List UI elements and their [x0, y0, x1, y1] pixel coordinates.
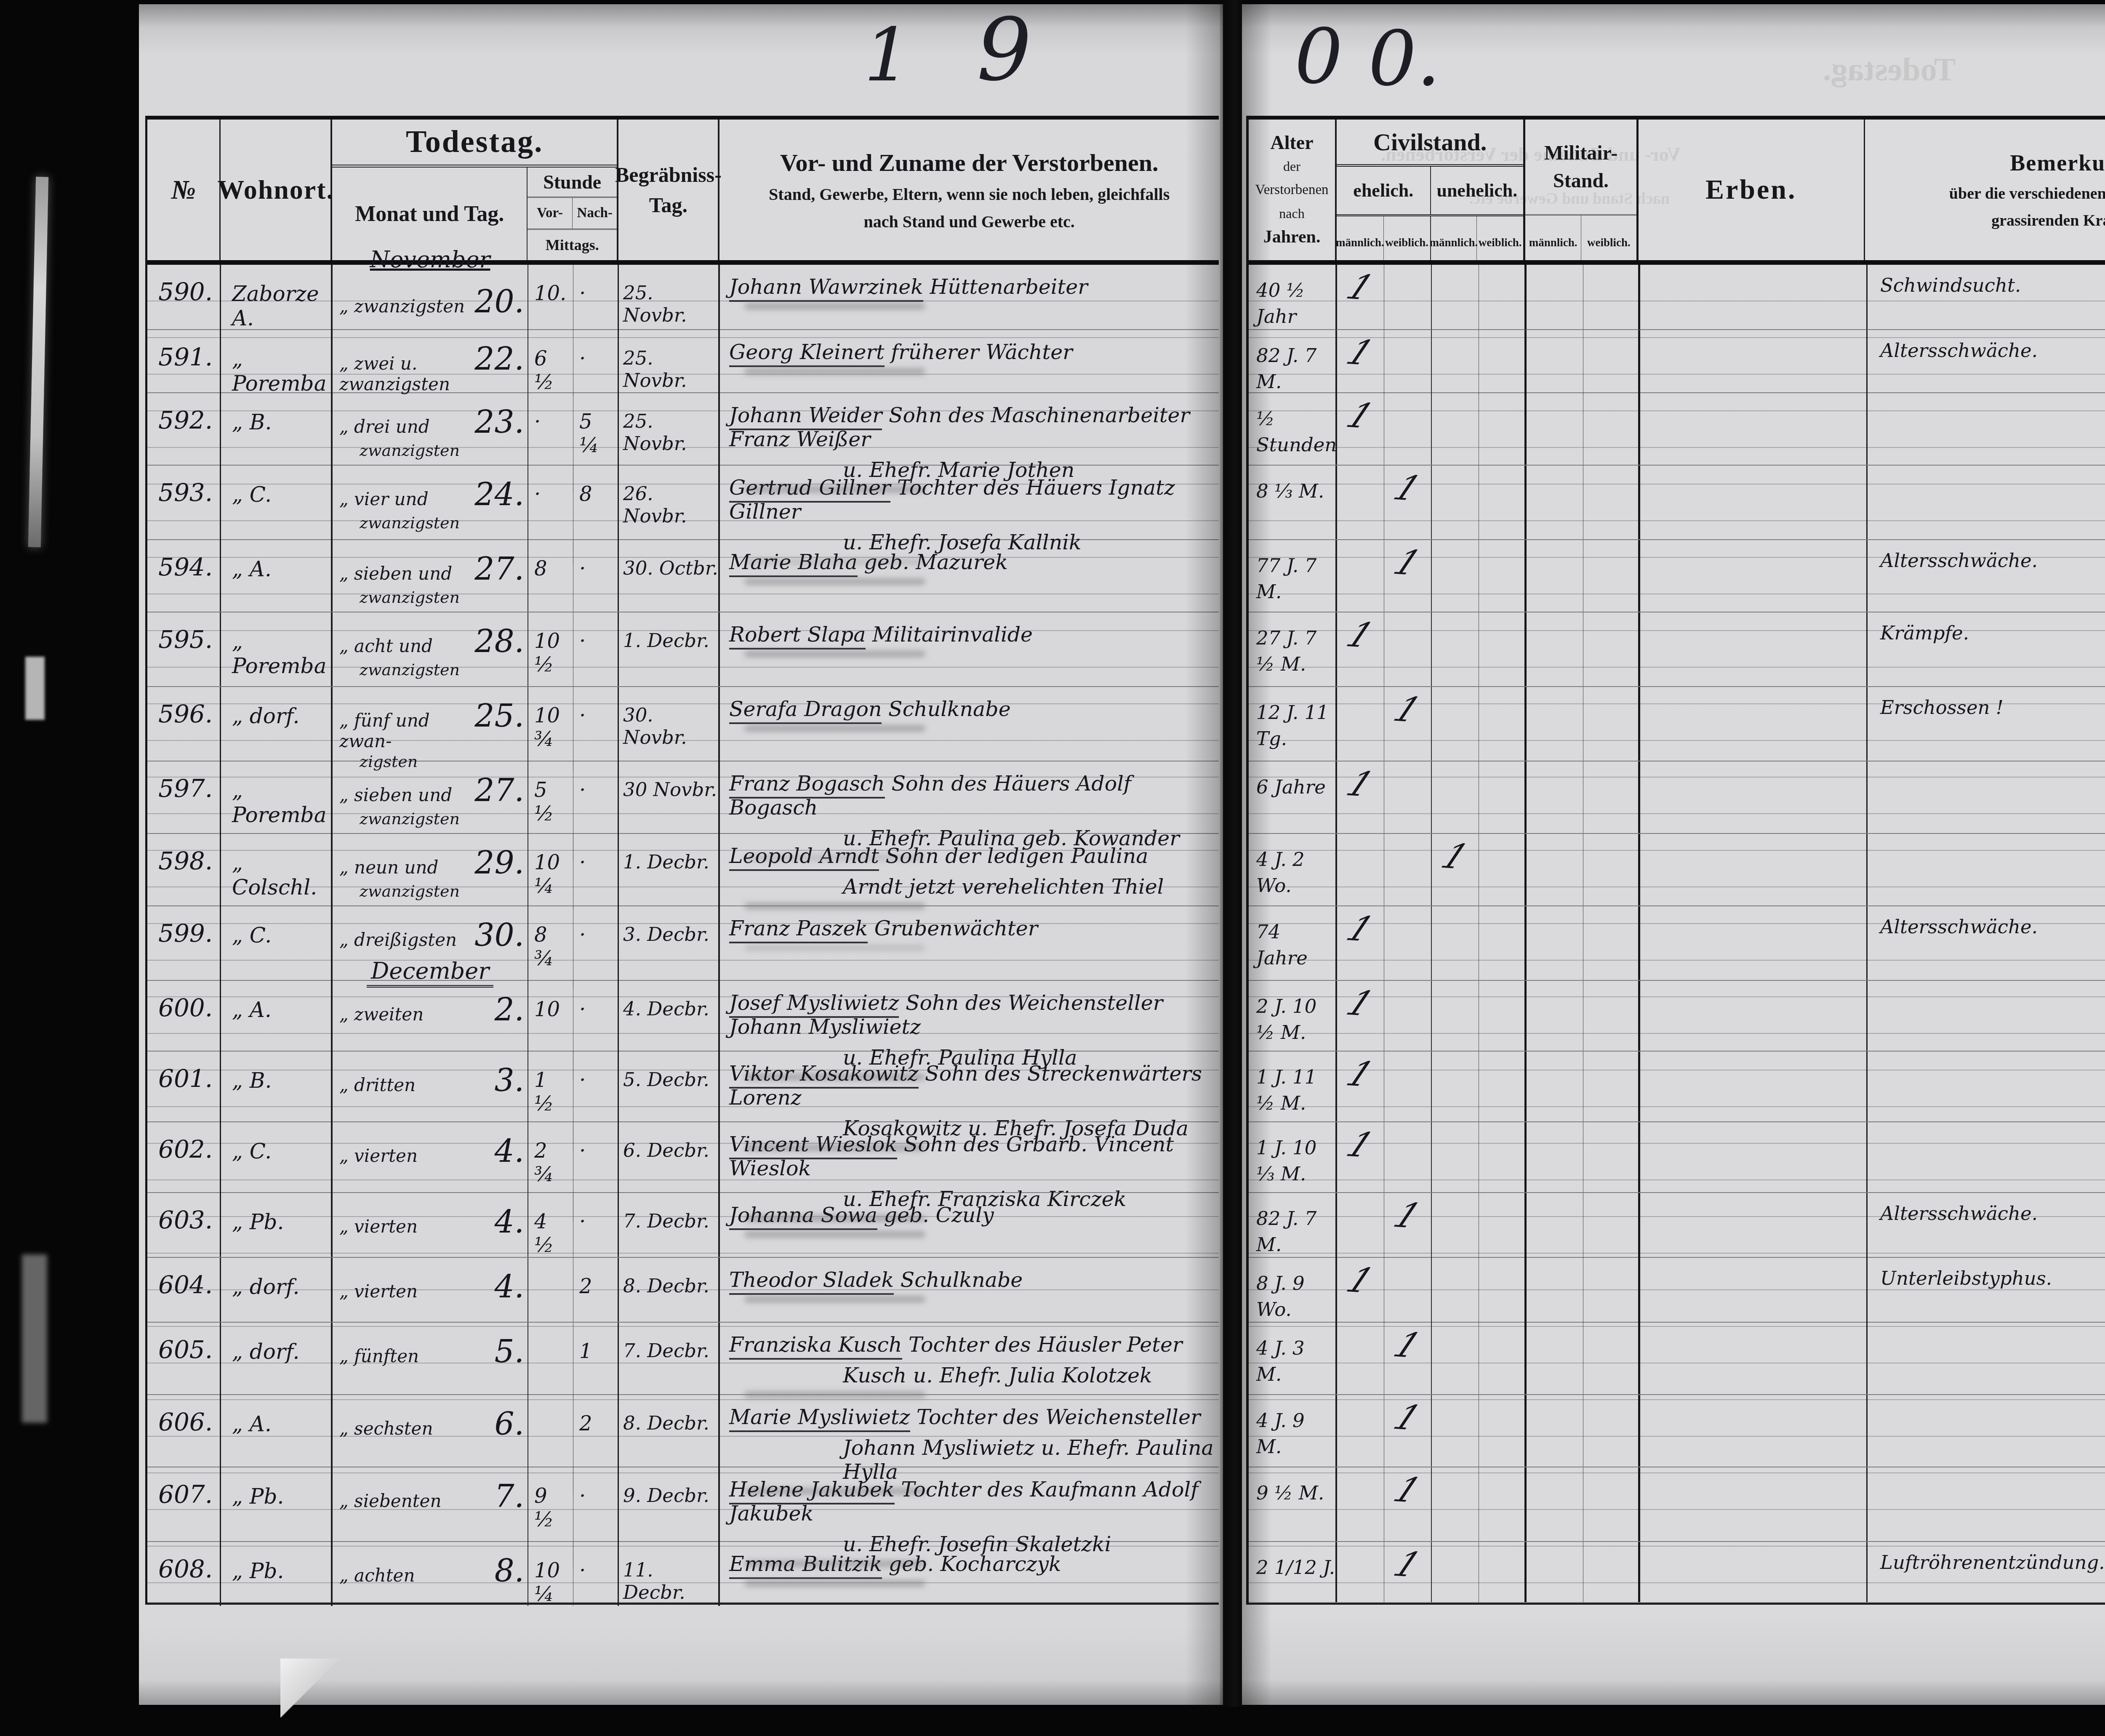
cell-bemerkung: [1868, 761, 2105, 833]
cell-unehelich-weiblich: [1479, 834, 1527, 905]
cell-unehelich-maennlich: [1432, 1395, 1479, 1467]
civilstand-tick: [1477, 1542, 1495, 1550]
cell-alter: 27 J. 7 ½ M.: [1249, 612, 1337, 686]
cell-unehelich-maennlich: [1432, 1467, 1479, 1541]
cell-ehelich-weiblich: 1: [1384, 1323, 1432, 1394]
cell-begraebniss-tag: 25. Novbr.: [619, 265, 720, 330]
cell-monat-tag: „ fünften5.: [333, 1323, 528, 1398]
cell-militair-maennlich: [1527, 1258, 1583, 1323]
pencil-smudge: [744, 945, 925, 951]
militair-tick: [1582, 761, 1599, 769]
civilstand-tick: [1383, 1122, 1400, 1130]
cell-ehelich-weiblich: [1384, 612, 1432, 686]
cell-erben: [1640, 1193, 1868, 1258]
militair-tick: [1582, 1395, 1599, 1403]
deceased-name: Gertrud Gillner: [729, 476, 890, 503]
cell-alter: 4 J. 3 M.: [1249, 1323, 1337, 1394]
register-row-right: 9 ½ M. 1: [1249, 1467, 2105, 1542]
militair-tick: [1525, 1542, 1542, 1550]
cell-monat-tag: „ vierten4.: [333, 1193, 528, 1257]
column-header-stunde: Stunde Vor-Nach- Mittags.: [528, 168, 617, 260]
cell-alter: 82 J. 7 M.: [1249, 1193, 1337, 1258]
cell-name-stand: Marie Blaha geb. Mazurek: [720, 540, 1221, 612]
civilstand-tick: [1477, 1051, 1495, 1060]
cell-begraebniss-tag: 1. Decbr.: [619, 612, 720, 686]
cell-militair-weiblich: [1583, 1052, 1640, 1121]
civilstand-tick: [1477, 1122, 1495, 1130]
cell-unehelich-weiblich: [1479, 1467, 1527, 1541]
cell-begraebniss-tag: 7. Decbr.: [619, 1323, 720, 1398]
cell-unehelich-maennlich: [1432, 330, 1479, 395]
cell-unehelich-maennlich: [1432, 612, 1479, 686]
cell-begraebniss-tag: 25. Novbr.: [619, 330, 720, 396]
cell-bemerkung: Altersschwäche.: [1868, 906, 2105, 980]
cell-alter: 2 J. 10 ½ M.: [1249, 981, 1337, 1051]
militair-tick: [1582, 1257, 1599, 1266]
cell-row-number: 599.: [147, 906, 221, 988]
civilstand-tick: 1: [1329, 329, 1381, 368]
cell-militair-weiblich: [1583, 1467, 1640, 1541]
militair-tick: [1525, 833, 1542, 842]
civilstand-tick: 1: [1376, 1394, 1428, 1433]
cell-militair-weiblich: [1583, 1542, 1640, 1602]
pencil-smudge: [744, 651, 925, 657]
militair-tick: [1582, 906, 1599, 914]
pencil-smudge: [744, 725, 925, 732]
cell-stunde-vormittags: 6 ½: [528, 330, 573, 396]
bleedthrough-ghost-text: Todestag.: [1823, 51, 1956, 88]
deceased-name: Viktor Kosakowitz: [729, 1062, 919, 1089]
militair-tick: [1582, 393, 1599, 401]
cell-militair-maennlich: [1527, 761, 1583, 833]
civilstand-tick: [1383, 264, 1400, 273]
deceased-name: Johann Weider: [729, 403, 882, 430]
death-day-number: 8.: [494, 1553, 526, 1589]
deceased-name: Franziska Kusch: [729, 1333, 902, 1360]
table-header-right: Alter der Verstorbenen nach Jahren. Civi…: [1249, 120, 2105, 265]
civilstand-tick: [1477, 1322, 1495, 1331]
death-day-number: 6.: [494, 1406, 526, 1442]
cell-militair-maennlich: [1527, 834, 1583, 905]
register-table-right: Alter der Verstorbenen nach Jahren. Civi…: [1246, 116, 2105, 1605]
column-header-maennlich: männlich.: [1525, 216, 1581, 260]
civilstand-tick: [1477, 1467, 1495, 1475]
cell-ehelich-maennlich: [1337, 1467, 1384, 1541]
cell-unehelich-weiblich: [1479, 265, 1527, 330]
cell-unehelich-weiblich: [1479, 1052, 1527, 1121]
cell-ehelich-weiblich: [1384, 265, 1432, 330]
militair-tick: [1525, 1467, 1542, 1475]
column-header-erben: Erben.: [1639, 120, 1865, 260]
cell-name-stand: Georg Kleinert früherer Wächter: [720, 330, 1221, 396]
cell-militair-weiblich: [1583, 540, 1640, 612]
militair-tick: [1525, 1322, 1542, 1331]
register-row-right: 4 J. 2 Wo. 1: [1249, 834, 2105, 906]
civilstand-tick: [1335, 687, 1353, 695]
cell-row-number: 604.: [147, 1258, 221, 1322]
civilstand-tick: [1477, 1257, 1495, 1266]
cell-alter: 1 J. 11 ½ M.: [1249, 1052, 1337, 1121]
cell-row-number: 591.: [147, 330, 221, 396]
cell-militair-maennlich: [1527, 1193, 1583, 1258]
militair-tick: [1525, 465, 1542, 474]
civilstand-tick: 1: [1376, 464, 1428, 504]
cell-militair-weiblich: [1583, 981, 1640, 1051]
cell-ehelich-maennlich: 1: [1337, 330, 1384, 395]
cell-militair-maennlich: [1527, 1542, 1583, 1602]
table-header-left: № Wohnort. Todestag. Monat und Tag. Stun…: [147, 120, 1219, 265]
cell-militair-maennlich: [1527, 1052, 1583, 1121]
cell-militair-weiblich: [1583, 466, 1640, 539]
cell-alter: 77 J. 7 M.: [1249, 540, 1337, 612]
cell-unehelich-weiblich: [1479, 1258, 1527, 1323]
cell-ehelich-maennlich: 1: [1337, 981, 1384, 1051]
civilstand-tick: [1477, 1193, 1495, 1201]
militair-tick: [1582, 264, 1599, 273]
cell-stunde-vormittags: 10.: [528, 265, 573, 330]
cell-name-stand: Emma Bulitzik geb. Kocharczyk: [720, 1542, 1221, 1606]
civilstand-tick: [1335, 833, 1353, 842]
register-row-right: 12 J. 11 Tg. 1 Erschossen !: [1249, 687, 2105, 761]
cell-unehelich-maennlich: [1432, 1323, 1479, 1394]
register-row-left: 596. „ dorf. „ fünf und zwan-25. zigsten…: [147, 687, 1219, 761]
cell-erben: [1640, 1323, 1868, 1394]
civilstand-tick: [1430, 1542, 1447, 1550]
pencil-smudge: [744, 303, 925, 309]
cell-stunde-vormittags: 8 ¾: [528, 906, 573, 988]
column-header-maennlich: männlich.: [1337, 216, 1383, 260]
cell-ehelich-weiblich: 1: [1384, 466, 1432, 539]
civilstand-tick: [1335, 540, 1353, 548]
cell-ehelich-maennlich: 1: [1337, 612, 1384, 686]
cell-unehelich-maennlich: [1432, 1258, 1479, 1323]
cell-unehelich-maennlich: [1432, 906, 1479, 980]
cell-unehelich-weiblich: [1479, 1542, 1527, 1602]
cell-stunde-vormittags: 4 ½: [528, 1193, 573, 1257]
cell-unehelich-weiblich: [1479, 393, 1527, 465]
cell-unehelich-weiblich: [1479, 1122, 1527, 1192]
cell-unehelich-maennlich: 1: [1432, 834, 1479, 905]
deceased-name: Robert Slapa: [729, 623, 866, 650]
civilstand-tick: [1430, 264, 1447, 273]
cell-unehelich-maennlich: [1432, 1052, 1479, 1121]
death-day-number: 23.: [474, 404, 526, 440]
death-day-number: 2.: [494, 992, 526, 1028]
cell-militair-maennlich: [1527, 330, 1583, 395]
cell-militair-maennlich: [1527, 540, 1583, 612]
cell-unehelich-maennlich: [1432, 1542, 1479, 1602]
cell-ehelich-weiblich: [1384, 981, 1432, 1051]
column-header-wohnort: Wohnort.: [221, 120, 332, 260]
cell-bemerkung: [1868, 466, 2105, 539]
civilstand-tick: [1335, 1322, 1353, 1331]
civilstand-tick: 1: [1376, 1192, 1428, 1231]
register-row-left: 601. „ B. „ dritten3. 1 ½ · 5. Decbr. Vi…: [147, 1052, 1219, 1122]
cell-wohnort: „ Poremba: [221, 612, 333, 686]
cell-stunde-vormittags: 10 ¼: [528, 1542, 573, 1606]
column-header-vormittags: Vor-: [528, 198, 572, 229]
register-row-right: 8 J. 9 Wo. 1 Unterleibstyphus.: [1249, 1258, 2105, 1323]
cell-begraebniss-tag: 7. Decbr.: [619, 1193, 720, 1257]
cell-name-stand: Johann Wawrzinek Hüttenarbeiter: [720, 265, 1221, 330]
civilstand-tick: [1430, 465, 1447, 474]
register-row-left: 594. „ A. „ sieben und27. zwanzigsten 8 …: [147, 540, 1219, 612]
civilstand-tick: [1430, 1193, 1447, 1201]
month-header-script: November: [333, 246, 528, 273]
cell-stunde-nachmittags: ·: [573, 540, 619, 612]
column-header-weiblich: weiblich.: [1383, 216, 1430, 260]
militair-tick: [1525, 1193, 1542, 1201]
register-row-right: 4 J. 9 M. 1: [1249, 1395, 2105, 1467]
register-row-right: 2 1/12 J. 1 Luftröhrenentzündung.: [1249, 1542, 2105, 1603]
cell-militair-weiblich: [1583, 393, 1640, 465]
civilstand-tick: 1: [1376, 1466, 1428, 1506]
death-day-number: 4.: [494, 1269, 526, 1305]
cell-militair-maennlich: [1527, 265, 1583, 330]
cell-ehelich-maennlich: 1: [1337, 906, 1384, 980]
register-row-right: 6 Jahre 1: [1249, 761, 2105, 834]
civilstand-tick: 1: [1329, 1121, 1381, 1161]
civilstand-tick: 1: [1376, 686, 1428, 725]
cell-bemerkung: [1868, 1122, 2105, 1192]
civilstand-tick: [1430, 612, 1447, 620]
cell-monat-tag: „ sieben und27. zwanzigsten: [333, 540, 528, 612]
column-header-alter: Alter der Verstorbenen nach Jahren.: [1249, 120, 1337, 260]
cell-row-number: 595.: [147, 612, 221, 686]
register-left-page: № Wohnort. Todestag. Monat und Tag. Stun…: [139, 4, 1223, 1705]
civilstand-tick: [1477, 906, 1495, 914]
cell-militair-weiblich: [1583, 834, 1640, 905]
death-day-number: 5.: [494, 1334, 526, 1370]
deceased-name: Franz Paszek: [729, 916, 868, 943]
militair-tick: [1525, 1122, 1542, 1130]
militair-tick: [1525, 393, 1542, 401]
cell-militair-weiblich: [1583, 687, 1640, 761]
register-row-right: 77 J. 7 M. 1 Altersschwäche.: [1249, 540, 2105, 612]
cell-unehelich-maennlich: [1432, 265, 1479, 330]
cell-militair-weiblich: [1583, 1323, 1640, 1394]
deceased-name: Theodor Sladek: [729, 1268, 894, 1295]
cell-militair-weiblich: [1583, 265, 1640, 330]
cell-erben: [1640, 330, 1868, 395]
cell-stunde-nachmittags: ·: [573, 687, 619, 771]
deceased-name: Leopold Arndt: [729, 844, 879, 871]
cell-militair-weiblich: [1583, 612, 1640, 686]
cell-erben: [1640, 612, 1868, 686]
register-row-left: 593. „ C. „ vier und24. zwanzigsten · 8 …: [147, 466, 1219, 540]
column-header-bemerkungen: Bemerkungen über die verschiedenen Todes…: [1865, 120, 2105, 260]
civilstand-tick: [1335, 1467, 1353, 1475]
militair-tick: [1582, 833, 1599, 842]
year-digit: 9: [977, 0, 1031, 100]
cell-bemerkung: Erschossen !: [1868, 687, 2105, 761]
cell-bemerkung: [1868, 1395, 2105, 1467]
cell-ehelich-maennlich: 1: [1337, 265, 1384, 330]
cell-wohnort: „ A.: [221, 540, 333, 612]
cell-monat-tag: November „ zwanzigsten20.: [333, 265, 528, 330]
register-row-right: 82 J. 7 M. 1 Altersschwäche.: [1249, 1193, 2105, 1258]
cell-wohnort: „ Pb.: [221, 1542, 333, 1606]
cell-alter: 82 J. 7 M.: [1249, 330, 1337, 395]
cell-begraebniss-tag: 11. Decbr.: [619, 1542, 720, 1606]
cell-stunde-nachmittags: ·: [573, 1542, 619, 1606]
cell-monat-tag: „ vierten4.: [333, 1258, 528, 1322]
militair-tick: [1582, 1322, 1599, 1331]
cell-ehelich-weiblich: 1: [1384, 1542, 1432, 1602]
cell-ehelich-maennlich: [1337, 687, 1384, 761]
militair-tick: [1525, 612, 1542, 620]
civilstand-tick: [1430, 761, 1447, 769]
column-header-nachmittags: Nach-: [572, 198, 617, 229]
cell-stunde-nachmittags: 2: [573, 1258, 619, 1322]
cell-bemerkung: [1868, 1052, 2105, 1121]
civilstand-tick: [1383, 393, 1400, 401]
cell-unehelich-weiblich: [1479, 761, 1527, 833]
deceased-name: Josef Mysliwietz: [729, 991, 899, 1018]
cell-ehelich-maennlich: 1: [1337, 1258, 1384, 1323]
death-day-number: 7.: [494, 1478, 526, 1515]
civilstand-tick: 1: [1329, 611, 1381, 651]
civilstand-tick: [1383, 833, 1400, 842]
civilstand-tick: 1: [1329, 264, 1381, 303]
civilstand-tick: 1: [1376, 1541, 1428, 1580]
cell-name-stand: Franziska Kusch Tochter des Häusler Pete…: [720, 1323, 1221, 1398]
militair-tick: [1525, 980, 1542, 989]
civilstand-tick: [1383, 980, 1400, 989]
cell-monat-tag: „ fünf und zwan-25. zigsten: [333, 687, 528, 771]
cell-bemerkung: Altersschwäche.: [1868, 330, 2105, 395]
cell-ehelich-weiblich: 1: [1384, 1193, 1432, 1258]
cell-ehelich-weiblich: [1384, 761, 1432, 833]
cell-erben: [1640, 687, 1868, 761]
cell-ehelich-maennlich: [1337, 834, 1384, 905]
cell-wohnort: „ Colschl.: [221, 834, 333, 909]
cell-monat-tag: „ acht und28. zwanzigsten: [333, 612, 528, 686]
militair-tick: [1582, 1051, 1599, 1060]
register-row-right: 82 J. 7 M. 1 Altersschwäche.: [1249, 330, 2105, 393]
civilstand-tick: [1383, 906, 1400, 914]
deceased-name: Vincent Wieslok: [729, 1132, 897, 1159]
cell-unehelich-weiblich: [1479, 1395, 1527, 1467]
cell-bemerkung: [1868, 834, 2105, 905]
register-row-right: 1 J. 10 ⅓ M. 1: [1249, 1122, 2105, 1193]
cell-militair-weiblich: [1583, 1395, 1640, 1467]
cell-begraebniss-tag: 30. Novbr.: [619, 687, 720, 771]
column-header-militairstand: Militair-Stand. männlich. weiblich.: [1525, 120, 1639, 260]
cell-erben: [1640, 834, 1868, 905]
cell-unehelich-weiblich: [1479, 1193, 1527, 1258]
cell-militair-weiblich: [1583, 906, 1640, 980]
civilstand-tick: [1383, 1051, 1400, 1060]
cell-ehelich-maennlich: 1: [1337, 1052, 1384, 1121]
register-row-left: 602. „ C. „ vierten4. 2 ¾ · 6. Decbr. Vi…: [147, 1122, 1219, 1193]
civilstand-tick: [1430, 540, 1447, 548]
civilstand-tick: [1383, 330, 1400, 338]
death-day-number: 27.: [474, 772, 526, 809]
cell-erben: [1640, 466, 1868, 539]
death-day-number: 27.: [474, 551, 526, 587]
militair-tick: [1525, 761, 1542, 769]
deceased-name: Helene Jakubek: [729, 1478, 895, 1504]
register-row-right: 40 ½ Jahr 1 Schwindsucht.: [1249, 265, 2105, 330]
cell-militair-weiblich: [1583, 330, 1640, 395]
cell-ehelich-maennlich: [1337, 466, 1384, 539]
civilstand-tick: [1383, 1257, 1400, 1266]
cell-unehelich-maennlich: [1432, 981, 1479, 1051]
column-header-maennlich: männlich.: [1430, 216, 1477, 260]
cell-alter: 12 J. 11 Tg.: [1249, 687, 1337, 761]
cell-militair-maennlich: [1527, 1467, 1583, 1541]
page-edge-mark: [25, 657, 45, 720]
cell-erben: [1640, 1052, 1868, 1121]
civilstand-tick: [1430, 1051, 1447, 1060]
militair-tick: [1525, 264, 1542, 273]
register-row-left: 598. „ Colschl. „ neun und29. zwanzigste…: [147, 834, 1219, 906]
civilstand-tick: [1335, 465, 1353, 474]
cell-row-number: 590.: [147, 265, 221, 330]
cell-begraebniss-tag: 8. Decbr.: [619, 1258, 720, 1322]
cell-militair-weiblich: [1583, 761, 1640, 833]
cell-name-stand: Robert Slapa Militairinvalide: [720, 612, 1221, 686]
cell-stunde-vormittags: 10 ½: [528, 612, 573, 686]
cell-ehelich-weiblich: [1384, 330, 1432, 395]
register-row-left: 591. „ Poremba „ zwei u. zwanzigsten22. …: [147, 330, 1219, 393]
cell-wohnort: „ dorf.: [221, 1258, 333, 1322]
cell-bemerkung: [1868, 1467, 2105, 1541]
column-header-todestag: Todestag. Monat und Tag. Stunde Vor-Nach…: [332, 120, 618, 260]
register-row-right: 1 J. 11 ½ M. 1: [1249, 1052, 2105, 1122]
column-header-unehelich: unehelich.: [1430, 167, 1524, 214]
cell-ehelich-weiblich: [1384, 393, 1432, 465]
cell-ehelich-maennlich: 1: [1337, 761, 1384, 833]
cell-row-number: 598.: [147, 834, 221, 909]
register-table-left: № Wohnort. Todestag. Monat und Tag. Stun…: [145, 116, 1219, 1605]
register-right-page: Todestag. Vor- und Zuname der Verstorben…: [1242, 4, 2105, 1705]
cell-row-number: 594.: [147, 540, 221, 612]
register-row-left: 607. „ Pb. „ siebenten7. 9 ½ · 9. Decbr.…: [147, 1467, 1219, 1542]
cell-unehelich-weiblich: [1479, 906, 1527, 980]
death-day-number: 4.: [494, 1133, 526, 1169]
cell-alter: 4 J. 2 Wo.: [1249, 834, 1337, 905]
militair-tick: [1525, 540, 1542, 548]
civilstand-tick: [1477, 1395, 1495, 1403]
cell-ehelich-weiblich: 1: [1384, 1467, 1432, 1541]
cell-militair-maennlich: [1527, 906, 1583, 980]
cell-militair-maennlich: [1527, 687, 1583, 761]
cell-stunde-nachmittags: ·: [573, 330, 619, 396]
cell-erben: [1640, 1467, 1868, 1541]
cell-wohnort: „ dorf.: [221, 687, 333, 771]
civilstand-tick: [1430, 330, 1447, 338]
civilstand-tick: [1430, 1257, 1447, 1266]
cell-row-number: 605.: [147, 1323, 221, 1398]
register-row-left: 600. „ A. „ zweiten2. 10 · 4. Decbr. Jos…: [147, 981, 1219, 1052]
cell-alter: 2 1/12 J.: [1249, 1542, 1337, 1602]
cell-bemerkung: Altersschwäche.: [1868, 540, 2105, 612]
cell-name-stand: Serafa Dragon Schulknabe: [720, 687, 1221, 771]
cell-name-stand: Franz Paszek Grubenwächter: [720, 906, 1221, 988]
cell-name-stand: Theodor Sladek Schulknabe: [720, 1258, 1221, 1322]
pencil-smudge: [744, 368, 925, 375]
civilstand-tick: [1477, 540, 1495, 548]
column-header-ehelich: ehelich.: [1337, 167, 1430, 214]
register-row-left: 597. „ Poremba „ sieben und27. zwanzigst…: [147, 761, 1219, 834]
civilstand-tick: 1: [1329, 1050, 1381, 1090]
cell-erben: [1640, 761, 1868, 833]
register-row-right: 8 ⅓ M. 1: [1249, 466, 2105, 540]
cell-ehelich-maennlich: [1337, 1542, 1384, 1602]
death-day-number: 30.: [474, 917, 526, 953]
